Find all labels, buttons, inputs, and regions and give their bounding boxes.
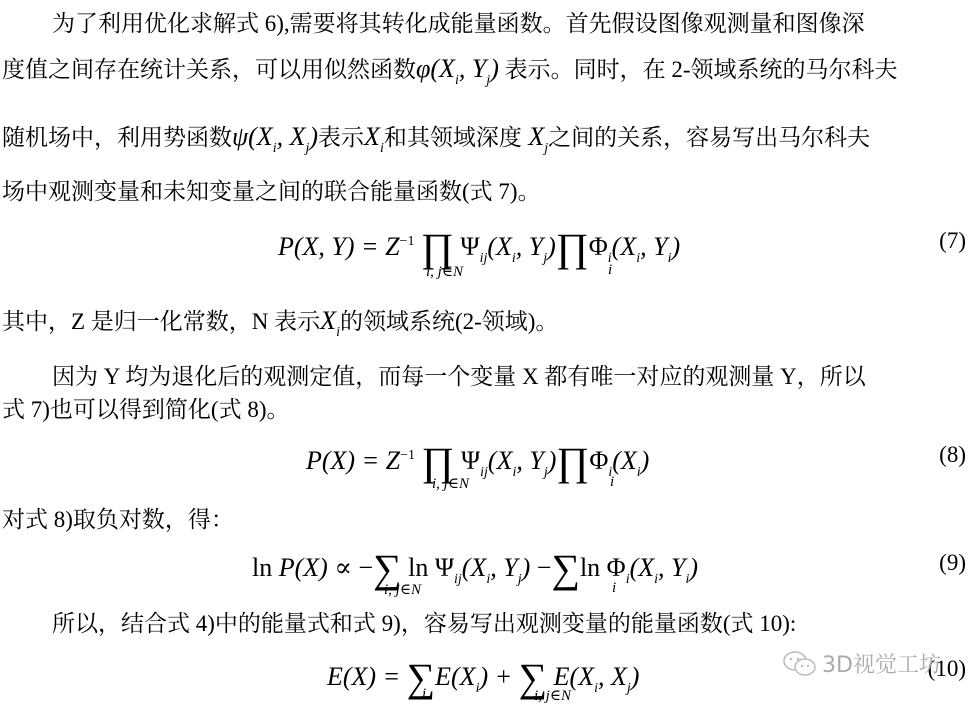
paragraph-5: 所以，结合式 4)中的能量式和式 9)，容易写出观测变量的能量函数(式 10): xyxy=(52,612,796,635)
text-segment: 之间的关系，容易写出马尔科夫 xyxy=(548,125,870,150)
paragraph-1-line-3: 随机场中，利用势函数ψ(Xi, Xj)表示Xi和其领域深度 Xj之间的关系，容易… xyxy=(2,124,870,150)
paragraph-1-line-2: 度值之间存在统计关系，可以用似然函数φ(Xi, Yj) 表示。同时，在 2-领域… xyxy=(2,56,898,82)
sum-index-ijN: i, j∈N xyxy=(534,686,571,704)
text-segment: 的领域系统(2-领域)。 xyxy=(340,309,558,334)
paragraph-3-line-2: 式 7)也可以得到简化(式 8)。 xyxy=(2,398,289,421)
product-index-ijN: i, j∈N xyxy=(432,474,469,493)
text-segment: 和其领域深度 xyxy=(384,125,522,150)
equation-7: P(X, Y) = Z−1 ∏ Ψij(Xi, Yj)∏Φi(Xi, Yi) xyxy=(278,222,680,262)
text-segment: 表示。同时，在 2-领域系统的马尔科夫 xyxy=(499,57,898,82)
paragraph-1-line-1: 为了利用优化求解式 6),需要将其转化成能量函数。首先假设图像观测量和图像深 xyxy=(52,12,865,35)
paragraph-4: 对式 8)取负对数，得： xyxy=(2,508,234,531)
equation-8: P(X) = Z−1 ∏ Ψij(Xi, Yj)∏Φi(Xi) xyxy=(306,436,649,476)
product-index-i: i xyxy=(608,262,612,279)
paragraph-3-line-1: 因为 Y 均为退化后的观测定值，而每一个变量 X 都有唯一对应的观测量 Y，所以 xyxy=(52,365,866,388)
text-segment: 表示 xyxy=(318,125,364,150)
sum-index-ijN: i, j∈N xyxy=(384,580,421,599)
wechat-icon xyxy=(782,650,818,678)
watermark-text: 3D视觉工坊 xyxy=(822,648,941,679)
phi-formula: φ(Xi, Yj) xyxy=(416,54,499,83)
equation-number-8: (8) xyxy=(939,442,966,468)
equation-10: E(X) = ∑E(Xi) + ∑ E(Xi, Xj) xyxy=(327,652,639,692)
sum-index-i: i xyxy=(422,686,426,703)
var-xi: Xi xyxy=(364,122,384,151)
sum-index-i: i xyxy=(612,580,616,597)
product-index-ijN: i, j∈N xyxy=(426,262,463,281)
product-index-i: i xyxy=(610,474,614,491)
var-xi: Xi xyxy=(320,306,340,335)
paragraph-1-line-4: 场中观测变量和未知变量之间的联合能量函数(式 7)。 xyxy=(2,180,541,203)
equation-9: ln P(X) ∝ −∑ ln Ψij(Xi, Yj) −∑ln Φi(Xi, … xyxy=(252,543,698,583)
equation-number-7: (7) xyxy=(939,228,966,254)
text-segment: 其中，Z 是归一化常数，N 表示 xyxy=(2,309,320,334)
psi-formula: ψ(Xi, Xj) xyxy=(232,122,318,151)
watermark: 3D视觉工坊 xyxy=(782,648,941,679)
equation-number-9: (9) xyxy=(939,550,966,576)
paragraph-2: 其中，Z 是归一化常数，N 表示Xi的领域系统(2-领域)。 xyxy=(2,308,558,334)
text-segment: 随机场中，利用势函数 xyxy=(2,125,232,150)
text-segment: 度值之间存在统计关系，可以用似然函数 xyxy=(2,57,416,82)
var-xj: Xj xyxy=(522,122,548,151)
